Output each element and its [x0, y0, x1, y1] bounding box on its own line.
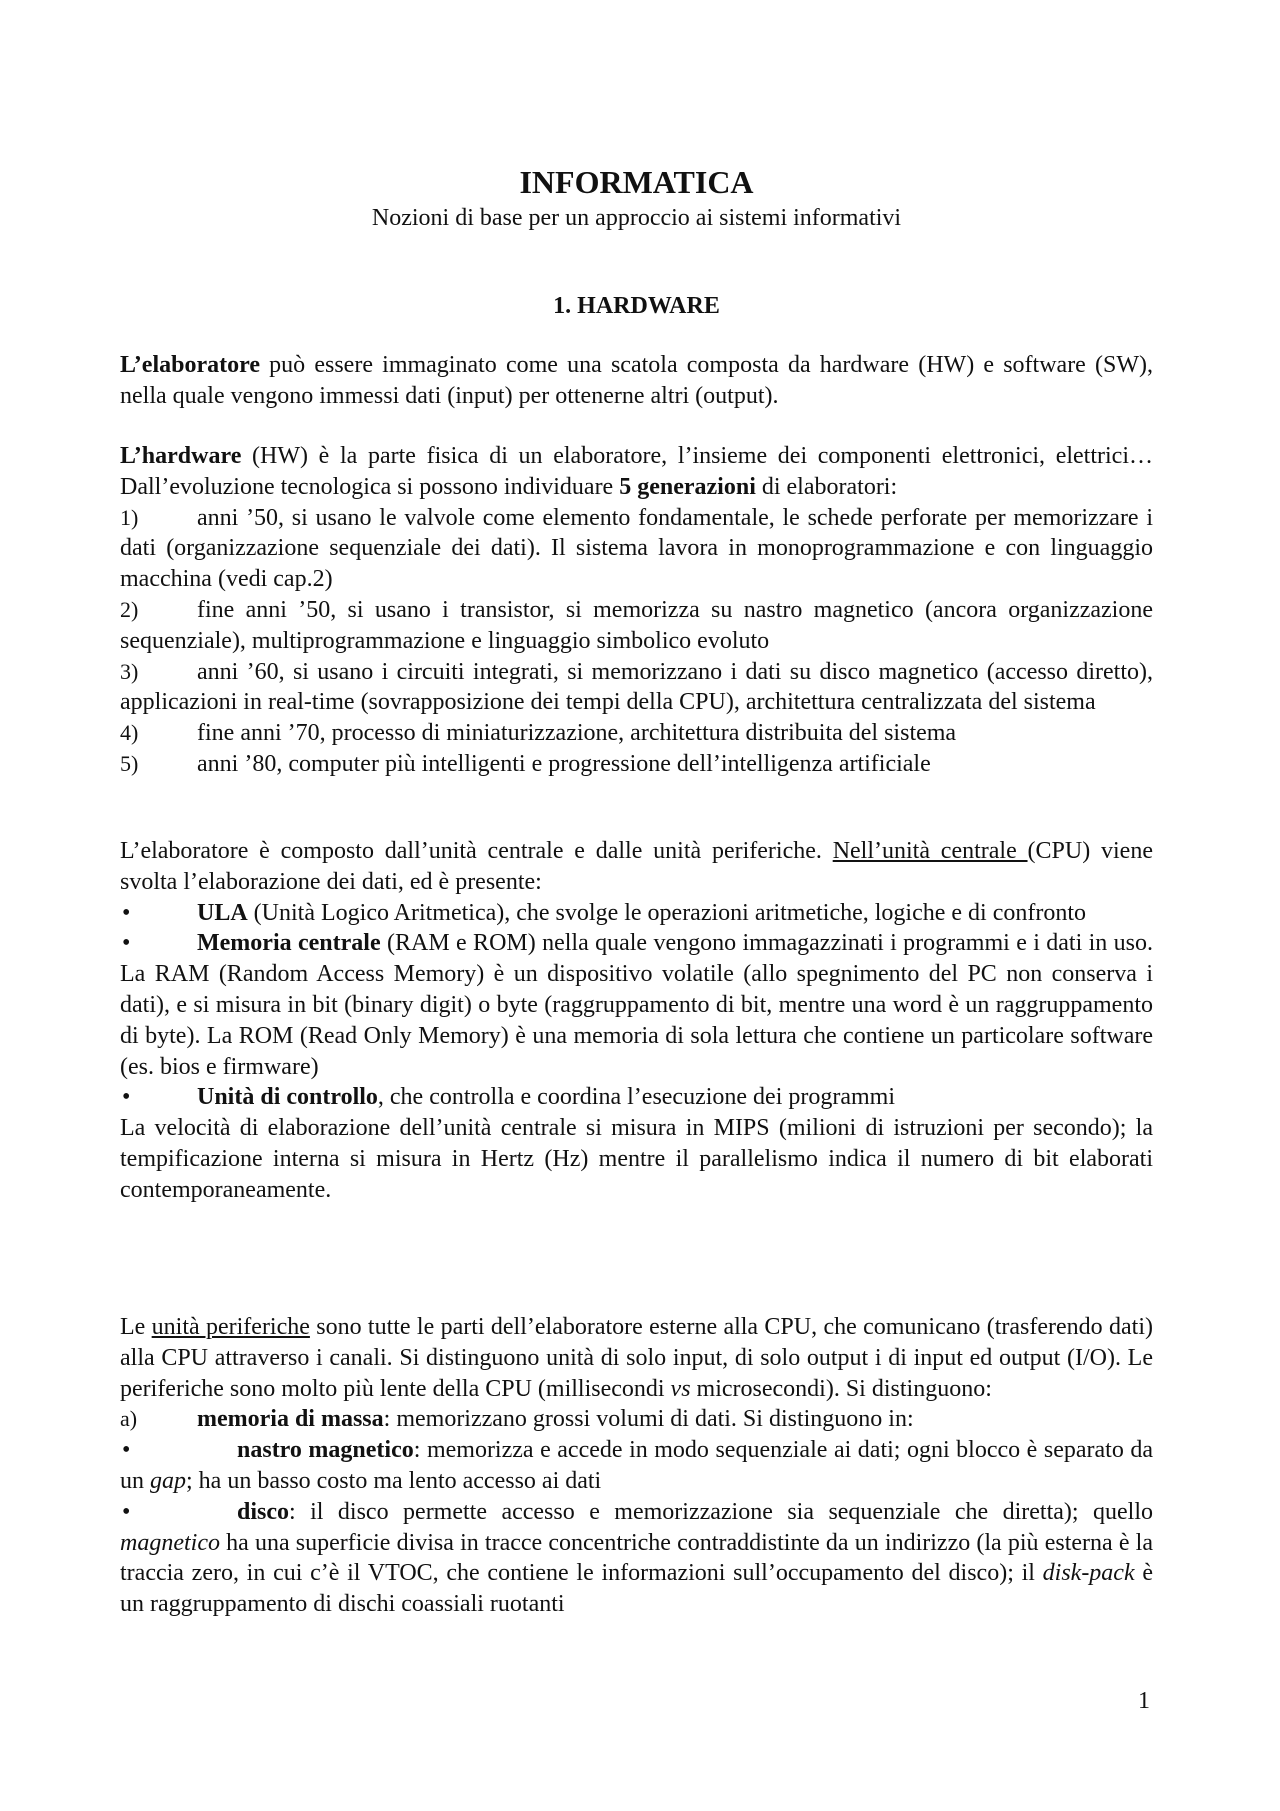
bullet-icon: • [122, 1497, 130, 1528]
term-elaboratore: L’elaboratore [120, 352, 260, 378]
list-item-text: : il disco permette accesso e memorizzaz… [289, 1499, 1153, 1525]
document-title: INFORMATICA [120, 164, 1153, 200]
generation-item: 4)fine anni ’70, processo di miniaturizz… [120, 718, 1153, 749]
list-item-text: : memorizzano grossi volumi di dati. Si … [384, 1406, 914, 1432]
paragraph-text: L’elaboratore è composto dall’unità cent… [120, 838, 833, 864]
list-item-text: fine anni ’70, processo di miniaturizzaz… [197, 720, 956, 746]
bullet-icon: • [122, 928, 130, 959]
document-subtitle: Nozioni di base per un approccio ai sist… [120, 203, 1153, 233]
term-memoria-massa: memoria di massa [197, 1406, 384, 1432]
list-item-text: anni ’80, computer più intelligenti e pr… [197, 751, 931, 777]
italic-term: gap [150, 1468, 186, 1494]
generation-item: 1)anni ’50, si usano le valvole come ele… [120, 503, 1153, 595]
cpu-item-controllo: •Unità di controllo, che controlla e coo… [120, 1082, 1153, 1113]
list-item-text: ha una superficie divisa in tracce conce… [120, 1530, 1153, 1587]
bullet-icon: • [122, 898, 130, 929]
document-page: INFORMATICA Nozioni di base per un appro… [0, 0, 1280, 1811]
term-hardware: L’hardware [120, 443, 241, 469]
paragraph-text: Le [120, 1314, 152, 1340]
term-generazioni: 5 generazioni [619, 474, 756, 500]
list-label: 3) [120, 657, 138, 688]
list-item-text: anni ’50, si usano le valvole come eleme… [120, 505, 1153, 593]
italic-term: disk-pack [1043, 1560, 1135, 1586]
list-label: 2) [120, 595, 138, 626]
peripheral-item-disco: •disco: il disco permette accesso e memo… [120, 1497, 1153, 1620]
list-item-text: fine anni ’50, si usano i transistor, si… [120, 597, 1153, 654]
paragraph-velocita: La velocità di elaborazione dell’unità c… [120, 1113, 1153, 1205]
list-item-text: , che controlla e coordina l’esecuzione … [378, 1084, 895, 1110]
list-label: a) [120, 1404, 137, 1435]
paragraph-text: di elaboratori: [756, 474, 897, 500]
paragraph-hardware: L’hardware (HW) è la parte fisica di un … [120, 441, 1153, 780]
bullet-icon: • [122, 1435, 130, 1466]
list-label: 1) [120, 503, 138, 534]
generation-item: 3)anni ’60, si usano i circuiti integrat… [120, 657, 1153, 719]
generation-item: 2)fine anni ’50, si usano i transistor, … [120, 595, 1153, 657]
term-memoria-centrale: Memoria centrale [197, 930, 381, 956]
term-disco: disco [237, 1499, 289, 1525]
list-item-text: (Unità Logico Aritmetica), che svolge le… [248, 900, 1086, 926]
list-item-text: anni ’60, si usano i circuiti integrati,… [120, 659, 1153, 716]
paragraph-periferiche: Le unità periferiche sono tutte le parti… [120, 1312, 1153, 1620]
bullet-icon: • [122, 1082, 130, 1113]
paragraph-text: microsecondi). Si distinguono: [691, 1376, 992, 1402]
paragraph-text: può essere immaginato come una scatola c… [120, 352, 1153, 409]
section-heading: 1. HARDWARE [120, 291, 1153, 321]
peripheral-item-memoria-massa: a)memoria di massa: memorizzano grossi v… [120, 1404, 1153, 1435]
generation-item: 5)anni ’80, computer più intelligenti e … [120, 749, 1153, 780]
italic-term: magnetico [120, 1530, 220, 1556]
peripheral-item-nastro: •nastro magnetico: memorizza e accede in… [120, 1435, 1153, 1497]
list-item-text: ; ha un basso costo ma lento accesso ai … [186, 1468, 601, 1494]
cpu-item-ula: •ULA (Unità Logico Aritmetica), che svol… [120, 898, 1153, 929]
underlined-term: unità periferiche [152, 1314, 310, 1340]
term-nastro-magnetico: nastro magnetico [237, 1437, 414, 1463]
paragraph-elaboratore: L’elaboratore può essere immaginato come… [120, 350, 1153, 412]
cpu-item-memoria: •Memoria centrale (RAM e ROM) nella qual… [120, 928, 1153, 1082]
page-number: 1 [1138, 1686, 1150, 1716]
term-ula: ULA [197, 900, 248, 926]
list-label: 5) [120, 749, 138, 780]
list-label: 4) [120, 718, 138, 749]
underlined-term: Nell’unità centrale [833, 838, 1028, 864]
paragraph-unita-centrale: L’elaboratore è composto dall’unità cent… [120, 836, 1153, 1206]
term-unita-controllo: Unità di controllo [197, 1084, 378, 1110]
italic-term: vs [671, 1376, 691, 1402]
